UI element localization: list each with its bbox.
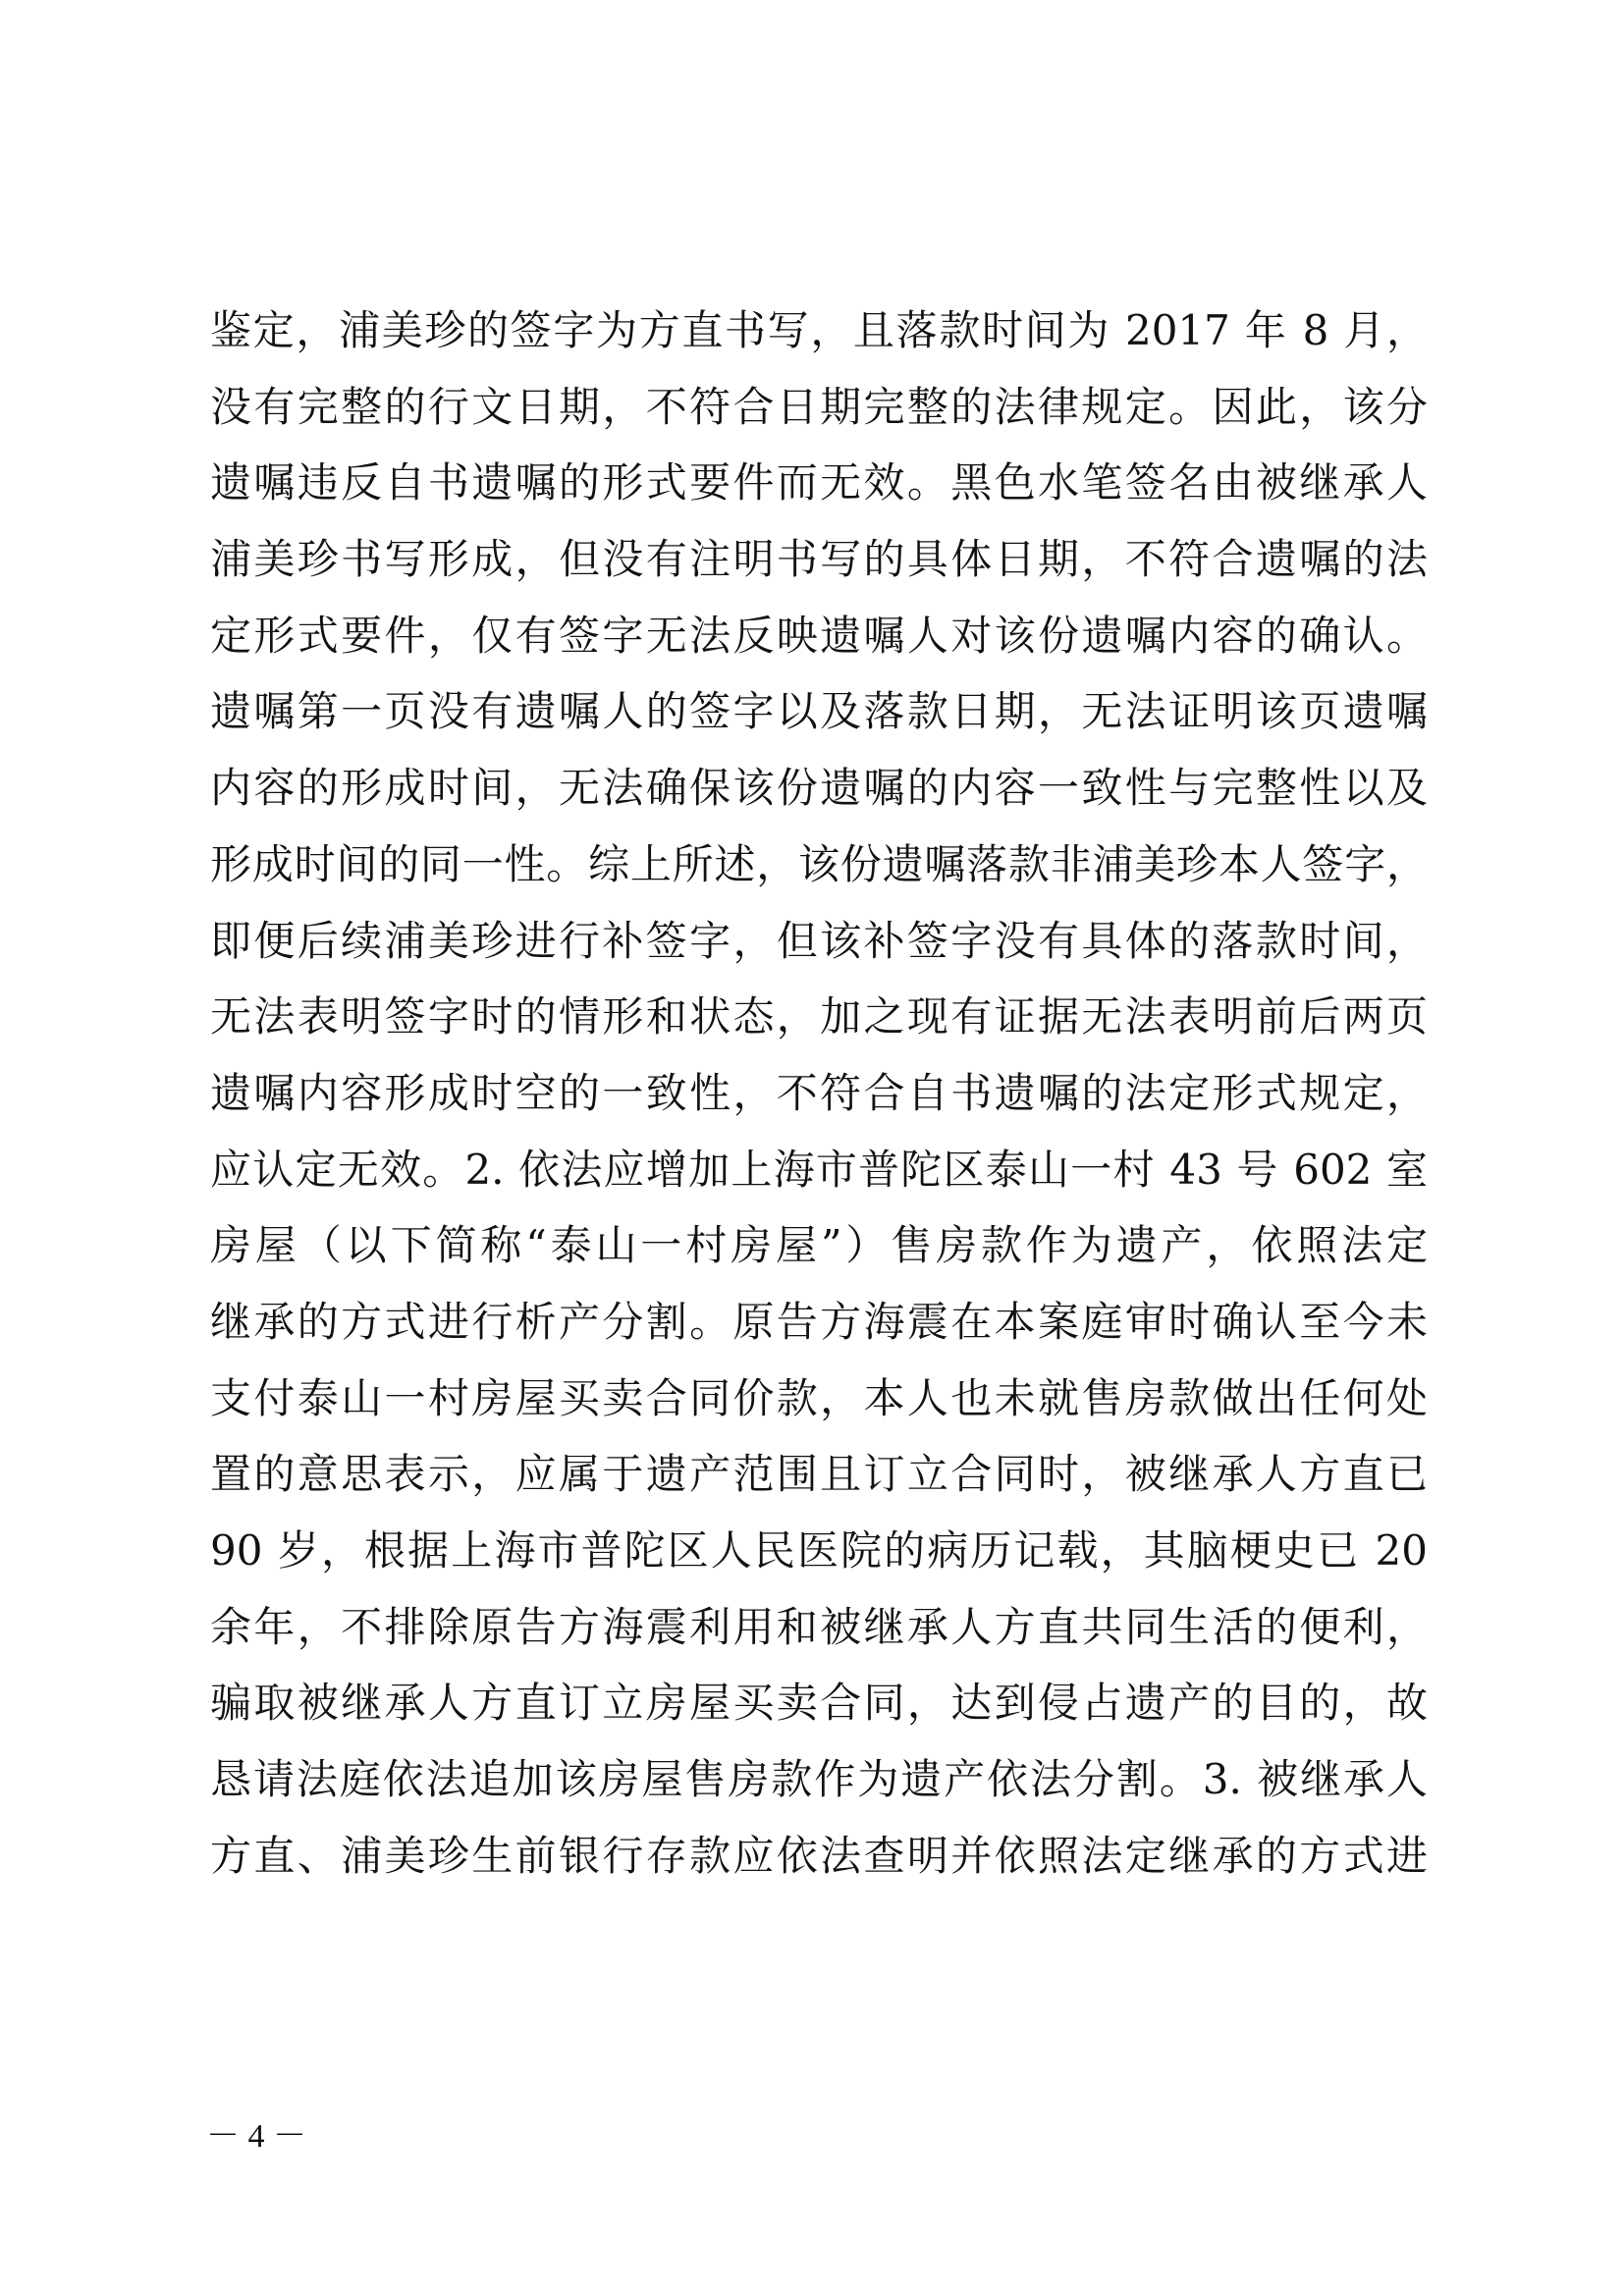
text-line: 应认定无效。2. 依法应增加上海市普陀区泰山一村 43 号 602 室: [210, 1132, 1428, 1208]
text-line: 内容的形成时间，无法确保该份遗嘱的内容一致性与完整性以及: [210, 750, 1428, 827]
text-line: 形成时间的同一性。综上所述，该份遗嘱落款非浦美珍本人签字，: [210, 827, 1428, 903]
text-line: 遗嘱内容形成时空的一致性，不符合自书遗嘱的法定形式规定，: [210, 1055, 1428, 1132]
text-line: 无法表明签字时的情形和状态，加之现有证据无法表明前后两页: [210, 979, 1428, 1055]
text-line: 90 岁，根据上海市普陀区人民医院的病历记载，其脑梗史已 20: [210, 1513, 1428, 1589]
text-line: 继承的方式进行析产分割。原告方海震在本案庭审时确认至今未: [210, 1284, 1428, 1361]
document-page: 鉴定，浦美珍的签字为方直书写，且落款时间为 2017 年 8 月， 没有完整的行…: [0, 0, 1624, 2296]
text-line: 房屋（以下简称“泰山一村房屋”）售房款作为遗产，依照法定: [210, 1207, 1428, 1284]
text-line: 即便后续浦美珍进行补签字，但该补签字没有具体的落款时间，: [210, 903, 1428, 980]
body-text: 鉴定，浦美珍的签字为方直书写，且落款时间为 2017 年 8 月， 没有完整的行…: [210, 293, 1428, 1894]
text-line: 方直、浦美珍生前银行存款应依法查明并依照法定继承的方式进: [210, 1818, 1428, 1895]
text-line: 遗嘱违反自书遗嘱的形式要件而无效。黑色水笔签名由被继承人: [210, 445, 1428, 521]
page-number: － 4 －: [206, 2109, 306, 2157]
text-line: 余年，不排除原告方海震利用和被继承人方直共同生活的便利，: [210, 1589, 1428, 1666]
text-line: 置的意思表示，应属于遗产范围且订立合同时，被继承人方直已: [210, 1436, 1428, 1513]
text-line: 支付泰山一村房屋买卖合同价款，本人也未就售房款做出任何处: [210, 1361, 1428, 1437]
text-line: 没有完整的行文日期，不符合日期完整的法律规定。因此，该分: [210, 369, 1428, 446]
text-line: 定形式要件，仅有签字无法反映遗嘱人对该份遗嘱内容的确认。: [210, 598, 1428, 674]
text-line: 恳请法庭依法追加该房屋售房款作为遗产依法分割。3. 被继承人: [210, 1741, 1428, 1818]
text-line: 遗嘱第一页没有遗嘱人的签字以及落款日期，无法证明该页遗嘱: [210, 673, 1428, 750]
text-line: 鉴定，浦美珍的签字为方直书写，且落款时间为 2017 年 8 月，: [210, 293, 1428, 369]
text-line: 浦美珍书写形成，但没有注明书写的具体日期，不符合遗嘱的法: [210, 521, 1428, 598]
text-line: 骗取被继承人方直订立房屋买卖合同，达到侵占遗产的目的，故: [210, 1665, 1428, 1741]
